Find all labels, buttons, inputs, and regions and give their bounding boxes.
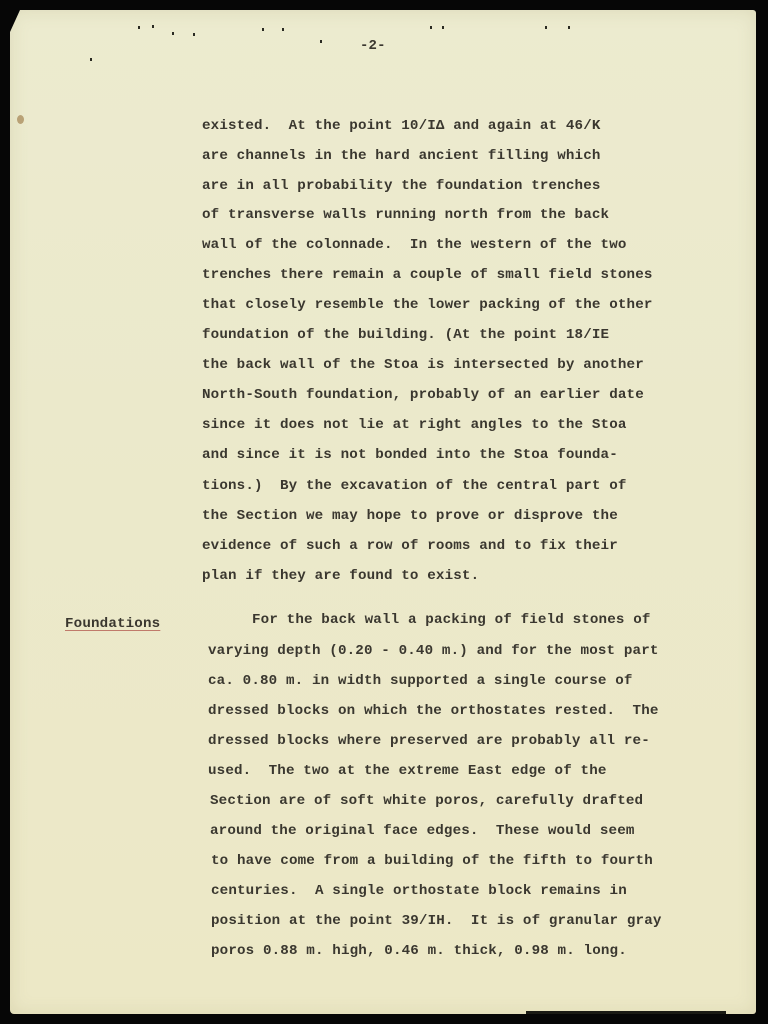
text-line: plan if they are found to exist. [202,568,479,584]
text-line: and since it is not bonded into the Stoa… [202,447,618,463]
text-line: around the original face edges. These wo… [210,823,635,839]
ink-speck [193,33,195,36]
text-line: that closely resemble the lower packing … [202,297,653,313]
margin-heading: Foundations [65,616,160,632]
text-line: since it does not lie at right angles to… [202,417,627,433]
ink-speck [152,25,154,28]
ink-speck [282,28,284,31]
text-line: to have come from a building of the fift… [211,853,653,869]
page-number: -2- [360,38,386,54]
text-line: used. The two at the extreme East edge o… [208,763,607,779]
ink-speck [172,32,174,35]
text-line: are channels in the hard ancient filling… [202,148,601,164]
text-line: trenches there remain a couple of small … [202,267,653,283]
text-line: tions.) By the excavation of the central… [202,478,627,494]
text-line: poros 0.88 m. high, 0.46 m. thick, 0.98 … [211,943,627,959]
ink-speck [545,26,547,29]
text-line: the back wall of the Stoa is intersected… [202,357,644,373]
text-line: of transverse walls running north from t… [202,207,609,223]
text-line: North-South foundation, probably of an e… [202,387,644,403]
scanned-page-background: -2- existed. At the point 10/IΔ and agai… [0,0,768,1024]
torn-edge [526,1011,726,1014]
ink-speck [442,26,444,29]
text-line: position at the point 39/IH. It is of gr… [211,913,662,929]
paper-stain-mark [17,115,24,124]
text-line: evidence of such a row of rooms and to f… [202,538,618,554]
ink-speck [430,26,432,29]
text-line: varying depth (0.20 - 0.40 m.) and for t… [208,643,659,659]
ink-speck [138,26,140,29]
text-line: wall of the colonnade. In the western of… [202,237,627,253]
text-line: For the back wall a packing of field sto… [252,612,651,628]
text-line: foundation of the building. (At the poin… [202,327,609,343]
ink-speck [262,28,264,31]
text-line: ca. 0.80 m. in width supported a single … [208,673,633,689]
text-line: dressed blocks on which the orthostates … [208,703,659,719]
ink-speck [90,58,92,61]
text-line: centuries. A single orthostate block rem… [211,883,627,899]
text-line: the Section we may hope to prove or disp… [202,508,618,524]
text-line: Section are of soft white poros, careful… [210,793,643,809]
text-line: existed. At the point 10/IΔ and again at… [202,118,601,134]
ink-speck [568,26,570,29]
text-line: are in all probability the foundation tr… [202,178,601,194]
text-line: dressed blocks where preserved are proba… [208,733,650,749]
ink-speck [320,40,322,43]
